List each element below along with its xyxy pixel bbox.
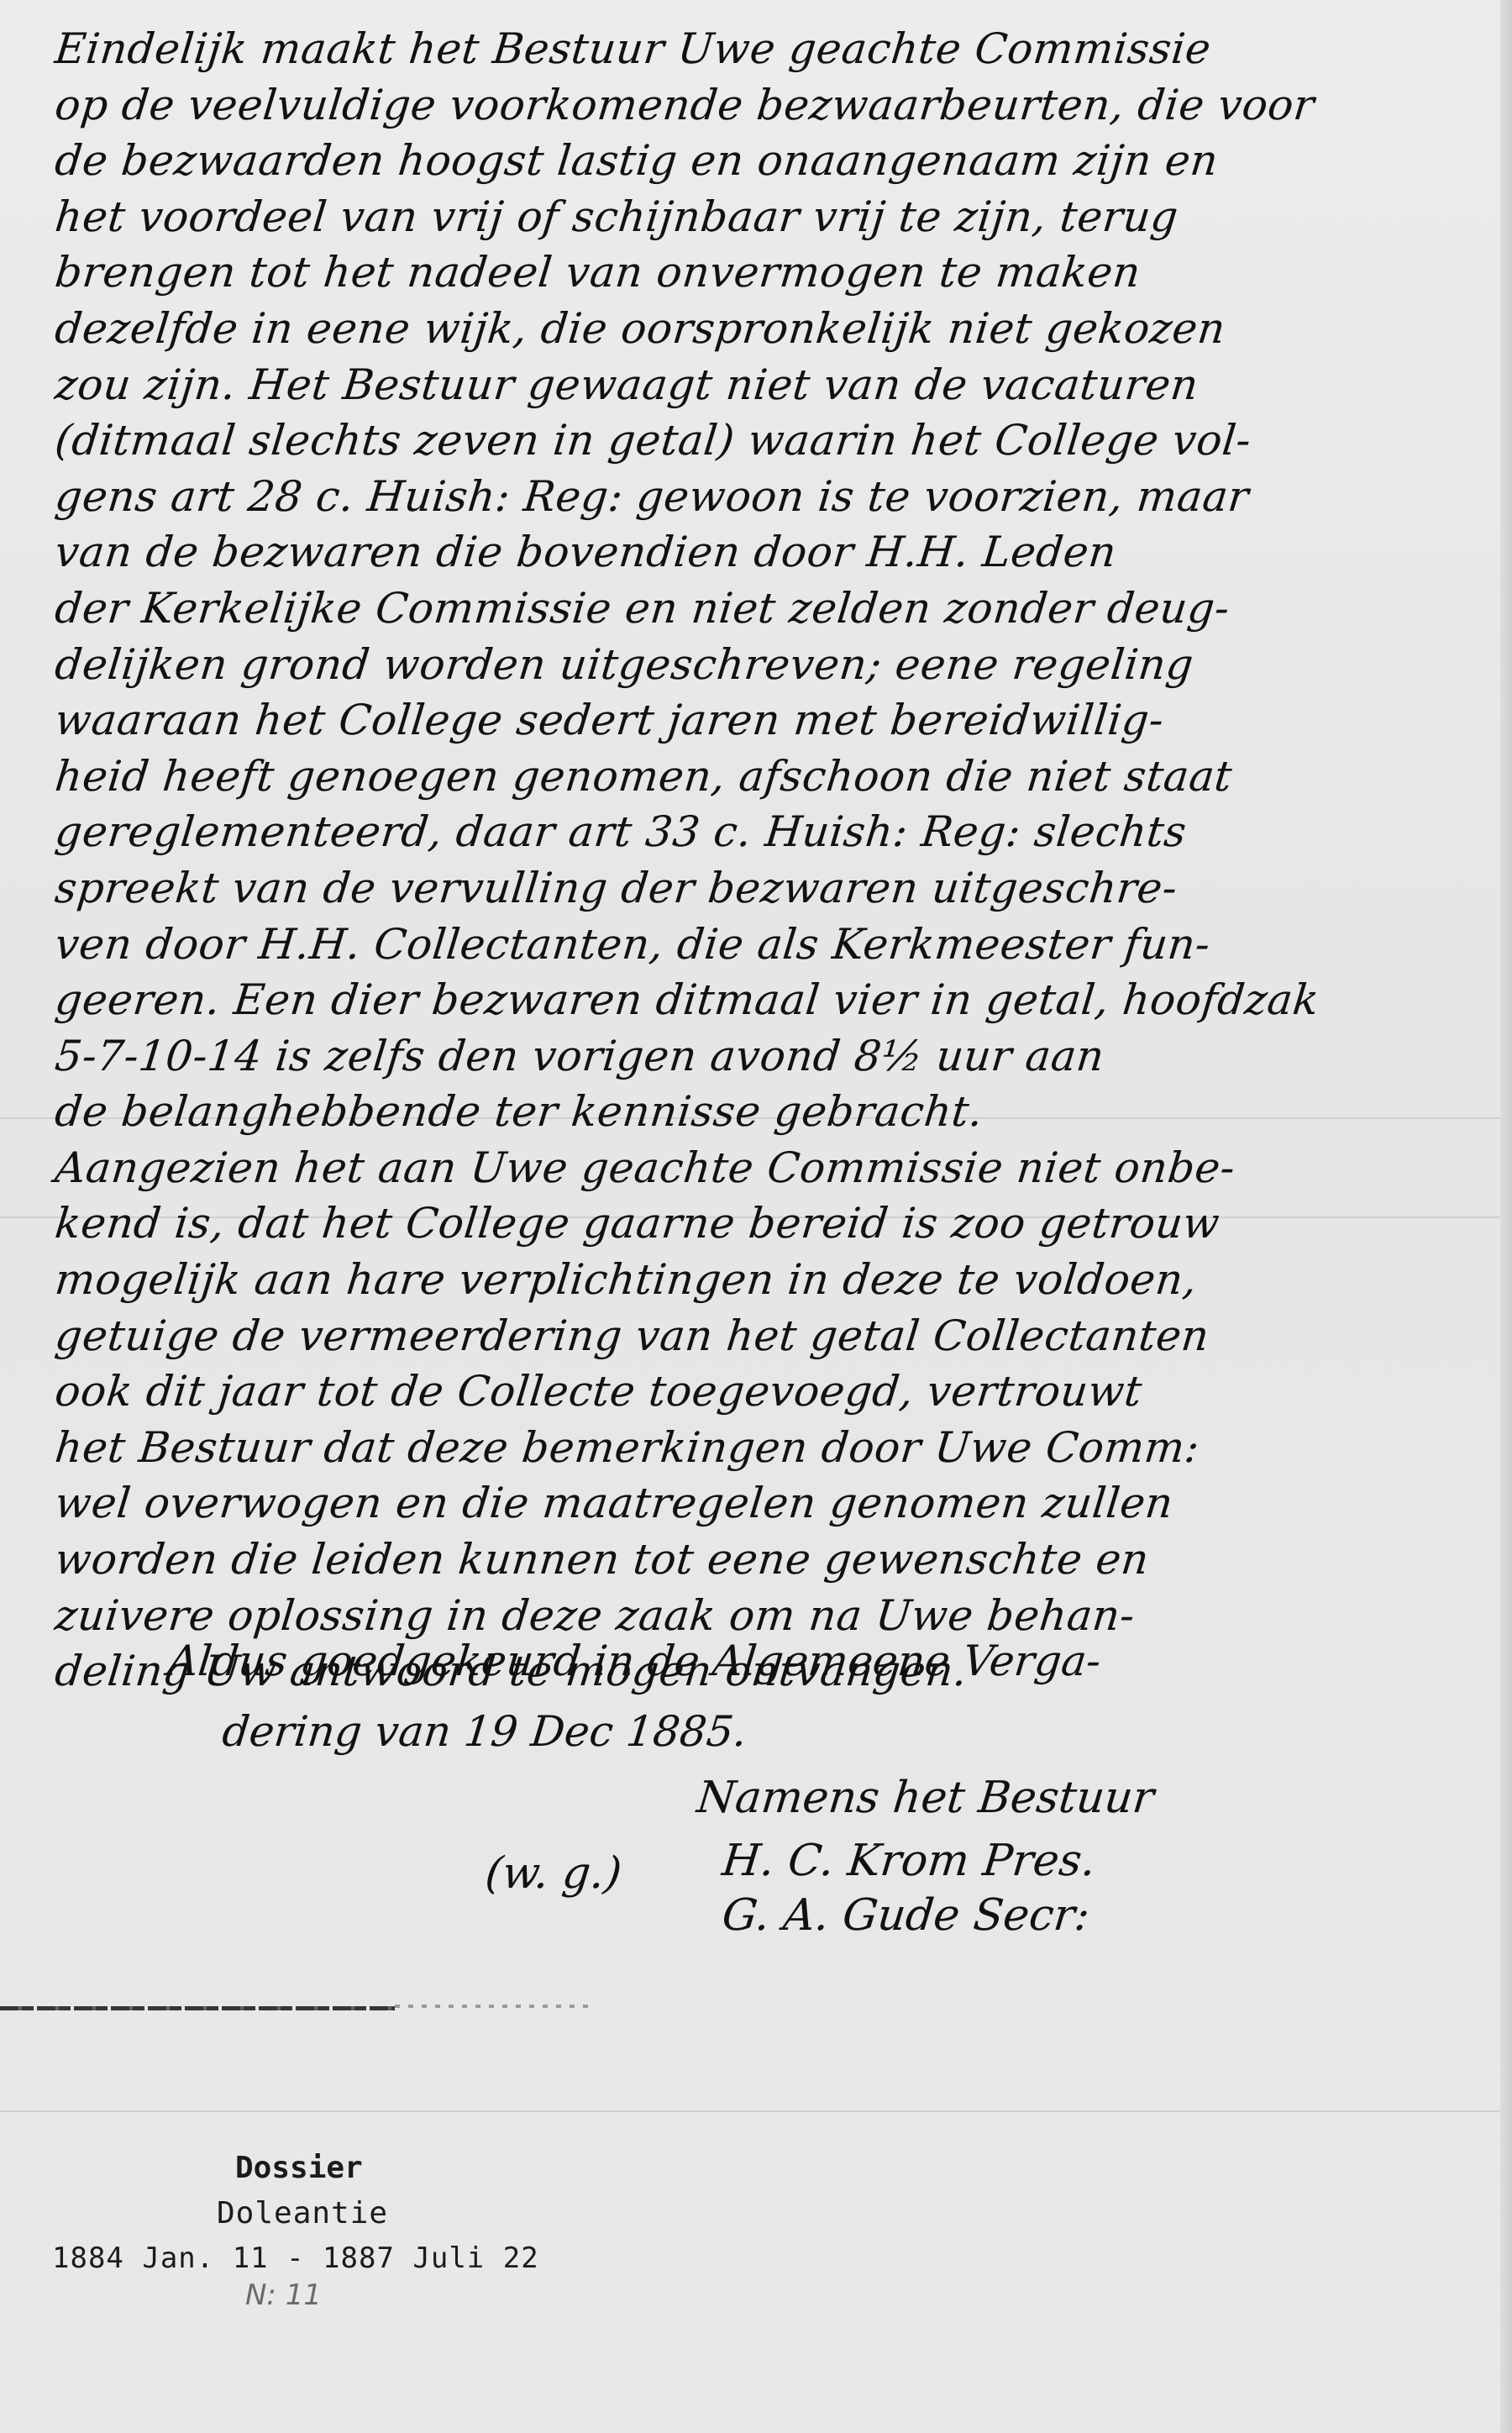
text-line: delijken grond worden uitgeschreven; een… <box>52 639 1469 696</box>
text-line: de bezwaarden hoogst lastig en onaangena… <box>52 135 1469 192</box>
text-line: brengen tot het nadeel van onvermogen te… <box>52 247 1469 303</box>
text-line: worden die leiden kunnen tot eene gewens… <box>52 1534 1469 1590</box>
text-line: dezelfde in eene wijk, die oorspronkelij… <box>52 303 1469 360</box>
signature-marker: (w. g.) <box>483 1848 624 1899</box>
text-line: geeren. Een dier bezwaren ditmaal vier i… <box>52 975 1469 1031</box>
text-line: Aangezien het aan Uwe geachte Commissie … <box>52 1143 1469 1199</box>
text-line: Eindelijk maakt het Bestuur Uwe geachte … <box>52 24 1469 80</box>
text-line: wel overwogen en die maatregelen genomen… <box>52 1478 1469 1534</box>
signature-on-behalf: Namens het Bestuur <box>695 1773 1157 1823</box>
archive-number: N: 11 <box>245 2278 322 2312</box>
document-page: Eindelijk maakt het Bestuur Uwe geachte … <box>0 0 1512 2433</box>
text-line: gereglementeerd, daar art 33 c. Huish: R… <box>52 807 1469 863</box>
text-line: van de bezwaren die bovendien door H.H. … <box>52 527 1469 583</box>
meeting-date-line: dering van 19 Dec 1885. <box>220 1707 749 1756</box>
text-line: der Kerkelijke Commissie en niet zelden … <box>52 583 1469 639</box>
text-line: spreekt van de vervulling der bezwaren u… <box>52 863 1469 919</box>
text-line: (ditmaal slechts zeven in getal) waarin … <box>52 415 1469 471</box>
separator-line-fade <box>395 2005 588 2008</box>
text-line: het voordeel van vrij of schijnbaar vrij… <box>52 192 1469 248</box>
text-line: het Bestuur dat deze bemerkingen door Uw… <box>52 1422 1469 1479</box>
text-line: mogelijk aan hare verplichtingen in deze… <box>52 1254 1469 1311</box>
letter-body: Eindelijk maakt het Bestuur Uwe geachte … <box>52 24 1463 1702</box>
text-line: gens art 28 c. Huish: Reg: gewoon is te … <box>52 471 1469 528</box>
separator-line <box>0 2006 395 2010</box>
text-line: heid heeft genoegen genomen, afschoon di… <box>52 751 1469 807</box>
text-line: ook dit jaar tot de Collecte toegevoegd,… <box>52 1366 1469 1422</box>
text-line: getuige de vermeerdering van het getal C… <box>52 1311 1469 1367</box>
archive-stamp-subtitle: Doleantie <box>217 2196 388 2231</box>
text-line: ven door H.H. Collectanten, die als Kerk… <box>52 919 1469 975</box>
archive-stamp-date-range: 1884 Jan. 11 - 1887 Juli 22 <box>52 2241 539 2275</box>
text-line: waaraan het College sedert jaren met ber… <box>52 695 1469 751</box>
approval-line: Aldus goedgekeurd in de Algemeene Verga- <box>165 1637 1103 1685</box>
signature-secretary: G. A. Gude Secr: <box>720 1890 1092 1941</box>
text-line: 5-7-10-14 is zelfs den vorigen avond 8½ … <box>52 1031 1469 1087</box>
text-line: de belanghebbende ter kennisse gebracht. <box>52 1086 1469 1143</box>
text-line: kend is, dat het College gaarne bereid i… <box>52 1198 1469 1254</box>
paper-fold-line <box>0 2110 1512 2112</box>
text-line: op de veelvuldige voorkomende bezwaarbeu… <box>52 80 1469 136</box>
text-line: zou zijn. Het Bestuur gewaagt niet van d… <box>52 360 1469 416</box>
archive-stamp-title: Dossier <box>235 2151 363 2185</box>
page-edge <box>1500 0 1512 2433</box>
signature-president: H. C. Krom Pres. <box>720 1836 1098 1886</box>
